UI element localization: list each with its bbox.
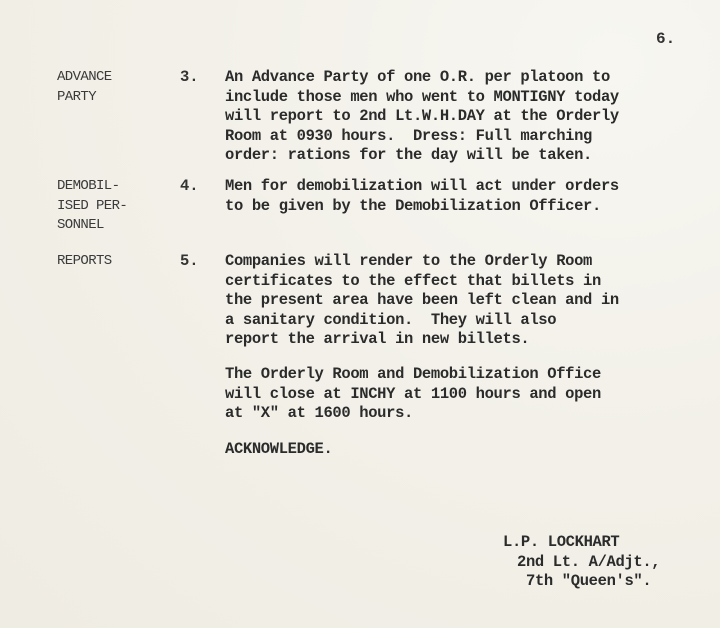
document-page: 6. ADVANCE PARTY 3. An Advance Party of …	[0, 0, 720, 628]
text-line: report the arrival in new billets.	[225, 330, 619, 350]
signature-name: L.P. LOCKHART	[503, 533, 619, 553]
text-line: will report to 2nd Lt.W.H.DAY at the Ord…	[225, 107, 619, 127]
text-line: to be given by the Demobilization Office…	[225, 197, 619, 217]
text-line: will close at INCHY at 1100 hours and op…	[225, 385, 601, 405]
text-line: The Orderly Room and Demobilization Offi…	[225, 365, 601, 385]
paragraph-label: PARTY	[57, 88, 96, 108]
paragraph-label: ISED PER-	[57, 197, 127, 217]
text-line: a sanitary condition. They will also	[225, 311, 619, 331]
text-line: Men for demobilization will act under or…	[225, 177, 619, 197]
paragraph-body: Men for demobilization will act under or…	[225, 177, 619, 216]
paragraph-label: SONNEL	[57, 216, 104, 236]
paragraph-number: 5.	[180, 252, 199, 272]
text-line: Room at 0930 hours. Dress: Full marching	[225, 127, 619, 147]
signature-rank: 2nd Lt. A/Adjt.,	[517, 553, 660, 573]
signature-unit: 7th "Queen's".	[526, 572, 651, 592]
text-line: An Advance Party of one O.R. per platoon…	[225, 68, 619, 88]
acknowledge-text: ACKNOWLEDGE.	[225, 440, 332, 460]
paragraph-label: DEMOBIL-	[57, 177, 119, 197]
paragraph-number: 4.	[180, 177, 199, 197]
page-number: 6.	[656, 30, 675, 48]
text-line: certificates to the effect that billets …	[225, 272, 619, 292]
text-line: order: rations for the day will be taken…	[225, 146, 619, 166]
paragraph-label: ADVANCE	[57, 68, 112, 88]
text-line: Companies will render to the Orderly Roo…	[225, 252, 619, 272]
paragraph-number: 3.	[180, 68, 199, 88]
paragraph-body: An Advance Party of one O.R. per platoon…	[225, 68, 619, 166]
text-line: at "X" at 1600 hours.	[225, 404, 601, 424]
acknowledge-line: ACKNOWLEDGE.	[225, 440, 332, 460]
paragraph-label: REPORTS	[57, 252, 112, 272]
text-line: the present area have been left clean an…	[225, 291, 619, 311]
text-line: include those men who went to MONTIGNY t…	[225, 88, 619, 108]
closing-paragraph: The Orderly Room and Demobilization Offi…	[225, 365, 601, 424]
paragraph-body: Companies will render to the Orderly Roo…	[225, 252, 619, 350]
